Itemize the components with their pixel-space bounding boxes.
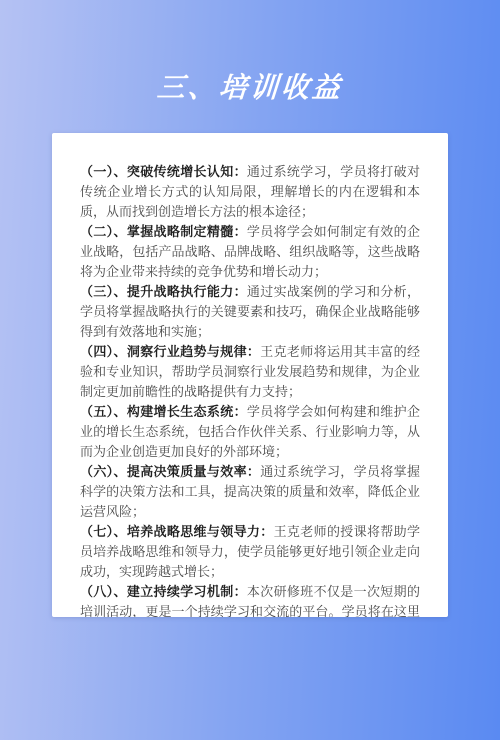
benefit-heading: 掌握战略制定精髓： <box>127 224 247 239</box>
benefit-heading: 建立持续学习机制： <box>127 584 247 599</box>
benefit-heading: 构建增长生态系统： <box>127 404 247 419</box>
benefit-item: （五）、构建增长生态系统：学员将学会如何构建和维护企业的增长生态系统，包括合作伙… <box>80 402 420 462</box>
benefit-item: （八）、建立持续学习机制：本次研修班不仅是一次短期的培训活动，更是一个持续学习和… <box>80 582 420 617</box>
benefit-item: （六）、提高决策质量与效率：通过系统学习，学员将掌握科学的决策方法和工具，提高决… <box>80 462 420 522</box>
benefit-heading: 洞察行业趋势与规律： <box>127 344 260 359</box>
benefit-item: （三）、提升战略执行能力：通过实战案例的学习和分析，学员将掌握战略执行的关键要素… <box>80 282 420 342</box>
benefit-item: （四）、洞察行业趋势与规律：王克老师将运用其丰富的经验和专业知识，帮助学员洞察行… <box>80 342 420 402</box>
benefit-item: （二）、掌握战略制定精髓：学员将学会如何制定有效的企业战略，包括产品战略、品牌战… <box>80 222 420 282</box>
content-card: （一）、突破传统增长认知：通过系统学习，学员将打破对传统企业增长方式的认知局限，… <box>52 133 448 617</box>
benefits-list: （一）、突破传统增长认知：通过系统学习，学员将打破对传统企业增长方式的认知局限，… <box>80 162 420 617</box>
benefit-index: （四）、 <box>80 344 127 359</box>
benefit-index: （七）、 <box>80 524 127 539</box>
benefit-index: （六）、 <box>80 464 127 479</box>
benefit-index: （二）、 <box>80 224 127 239</box>
benefit-index: （八）、 <box>80 584 127 599</box>
benefit-item: （一）、突破传统增长认知：通过系统学习，学员将打破对传统企业增长方式的认知局限，… <box>80 162 420 222</box>
page-title: 三、培训收益 <box>0 66 500 106</box>
benefit-index: （一）、 <box>80 164 127 179</box>
benefit-index: （五）、 <box>80 404 127 419</box>
benefit-heading: 培养战略思维与领导力： <box>127 524 274 539</box>
benefit-heading: 提高决策质量与效率： <box>127 464 260 479</box>
benefit-index: （三）、 <box>80 284 127 299</box>
benefit-heading: 突破传统增长认知： <box>127 164 247 179</box>
benefit-item: （七）、培养战略思维与领导力：王克老师的授课将帮助学员培养战略思维和领导力，使学… <box>80 522 420 582</box>
benefit-heading: 提升战略执行能力： <box>127 284 247 299</box>
